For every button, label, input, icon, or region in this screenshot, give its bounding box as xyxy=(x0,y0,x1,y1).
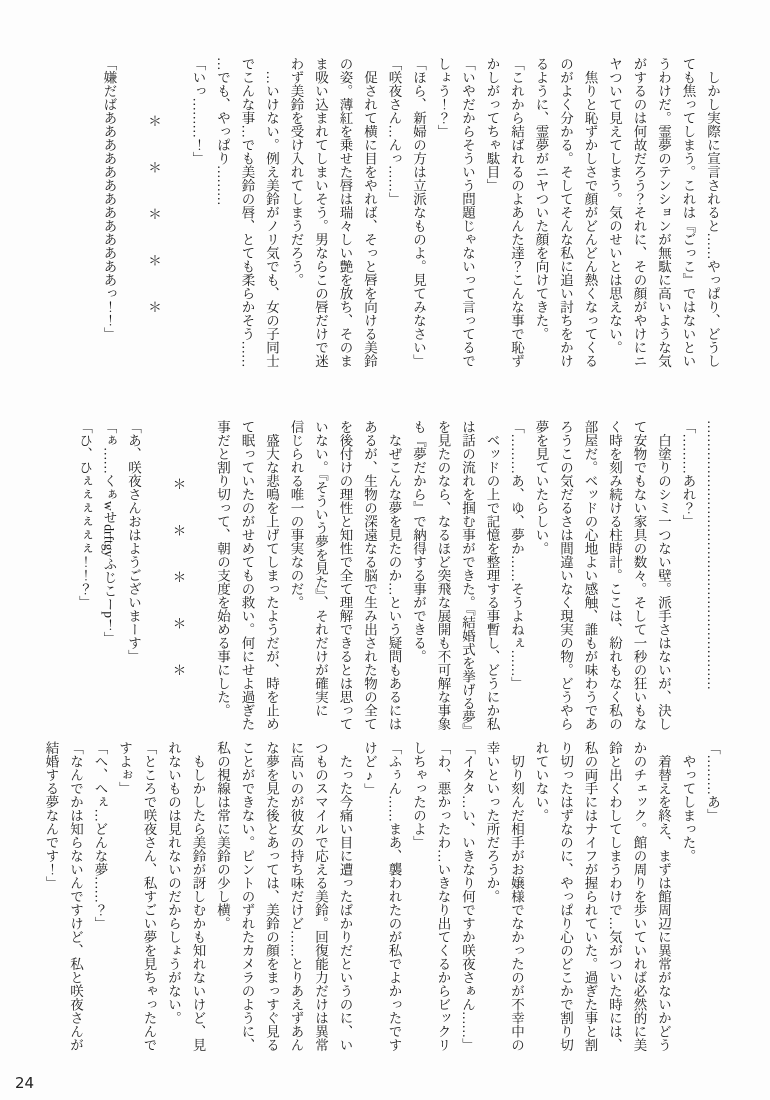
text-column: ま吸い込まれてしまいそう。男ならこの唇だけで迷 xyxy=(308,57,333,373)
text-column: しかし実際に宣言されると……やっぱり、どうし xyxy=(700,57,725,373)
star-separator: ＊ ＊ ＊ ＊ ＊ xyxy=(141,57,166,373)
text-column: 「ところで咲夜さん、私すごい夢を見ちゃったんで xyxy=(136,741,161,1083)
text-column: 鈴と出くわしてしまうわけで…気がついた時には、 xyxy=(602,741,627,1083)
text-column: も『夢だから』で納得する事ができる。 xyxy=(406,420,431,736)
text-column: 白塗りのシミ一つない壁。派手さはないが、決し xyxy=(651,420,676,736)
text-column: 信じられる唯一の事実なのだ。 xyxy=(283,420,308,736)
text-column: 「ふぅん……まあ、襲われたのが私でよかったです xyxy=(381,741,406,1083)
text-column: なぜこんな夢を見たのか…という疑問もあるには xyxy=(381,420,406,736)
novel-page: しかし実際に宣言されると……やっぱり、どうしても焦ってしまう。これは『ごっこ』で… xyxy=(0,0,770,1100)
text-column: ベッドの上で記憶を整理する事暫し、どうにか私 xyxy=(479,420,504,736)
text-column: 「なんでかは知らないんですけど、私と咲夜さんが xyxy=(63,741,88,1083)
text-column: 幸いといった所だろうか。 xyxy=(479,741,504,1083)
text-column: 「あ、咲夜さんおはようございまーす」 xyxy=(121,420,146,736)
text-block-middle: ……………………………………………………「………あれ？」 白塗りのシミ一つない壁… xyxy=(72,420,725,736)
text-column: …いけない。例え美鈴がノリ気でも、女の子同士 xyxy=(259,57,284,373)
text-column: うわけだ。霊夢のテンションが無駄に高いような気 xyxy=(651,57,676,373)
text-column: 夢を見ていたらしい。 xyxy=(528,420,553,736)
text-column: でこんな事…でも美鈴の唇、とても柔らかそう…… xyxy=(234,57,259,373)
text-column: けど♪」 xyxy=(357,741,382,1083)
text-column: 「これから結ばれるのよあんた達？こんな事で恥ず xyxy=(504,57,529,373)
text-column: は話の流れを掴む事ができた。『結婚式を挙げる夢』 xyxy=(455,420,480,736)
text-column: 「ぁ……くぁwせdrftgyふじこーp！」 xyxy=(96,420,121,736)
text-column: 部屋だ。ベッドの心地よい感触、誰もが味わうであ xyxy=(577,420,602,736)
text-column: わず美鈴を受け入れてしまうだろう。 xyxy=(283,57,308,373)
text-column: く時を刻み続ける柱時計。ここは、紛れもなく私の xyxy=(602,420,627,736)
text-column: て眠っていたのがせめてもの救い。何にせよ過ぎた xyxy=(234,420,259,736)
text-column: 「わ、悪かったわ…いきなり出てくるからビックリ xyxy=(430,741,455,1083)
text-column: いない。『そういう夢を見た』、それだけが確実に xyxy=(308,420,333,736)
text-column: 着替えを終え、まずは館周辺に異常がないかどう xyxy=(651,741,676,1083)
text-column: あるが、生物の深遠なる脳で生み出された物の全て xyxy=(357,420,382,736)
text-column: 結婚する夢なんです！」 xyxy=(38,741,63,1083)
text-column: のがよく分かる。そしてそんな私に追い討ちをかけ xyxy=(553,57,578,373)
text-column: を後付けの理性と知性で全て理解できるとは思って xyxy=(332,420,357,736)
text-column: の姿。薄紅を乗せた唇は瑞々しい艶を放ち、そのま xyxy=(332,57,357,373)
text-column: を見たのなら、なるほど突飛な展開も不可解な事象 xyxy=(430,420,455,736)
text-column: ても焦ってしまう。これは『ごっこ』ではないとい xyxy=(675,57,700,373)
text-column: 事だと割り切って、朝の支度を始める事にした。 xyxy=(210,420,235,736)
text-column: …………………………………………………… xyxy=(700,420,725,736)
text-column: り切ったはずなのに、やっぱり心のどこかで割り切 xyxy=(553,741,578,1083)
text-column: ヤついて見えてしまう。気のせいとは思えない。 xyxy=(602,57,627,373)
text-column: に高いのが彼女の持ち味だけど……とりあえずあん xyxy=(283,741,308,1083)
text-column: …でも、やっぱり……… xyxy=(210,57,235,373)
text-column: 「イタタ…い、いきなり何ですか咲夜さぁん……」 xyxy=(455,741,480,1083)
text-column: 「………あ」 xyxy=(700,741,725,1083)
text-column: ろうこの気だるさは間違いなく現実の物。どうやら xyxy=(553,420,578,736)
text-column: 私の両手にはナイフが握られていた。過ぎた事と割 xyxy=(577,741,602,1083)
text-column: な夢を見た後とあっては、美鈴の顔をまっすぐ見る xyxy=(259,741,284,1083)
text-column: 「いっ………！」 xyxy=(185,57,210,373)
text-column: るように、霊夢がニヤついた顔を向けてきた。 xyxy=(528,57,553,373)
text-column: 「へ、へぇ…どんな夢……？」 xyxy=(87,741,112,1083)
text-column: 「ほら、新婦の方は立派なものよ。見てみなさい」 xyxy=(406,57,431,373)
text-column: 「ひ、ひぇぇぇぇぇぇ！！？」 xyxy=(72,420,97,736)
text-column: れないものは見れないのだからしょうがない。 xyxy=(161,741,186,1083)
text-column: しょう！？」 xyxy=(430,57,455,373)
text-column: 「………あれ？」 xyxy=(675,420,700,736)
star-separator: ＊ ＊ ＊ ＊ ＊ xyxy=(165,420,190,736)
text-block-top: しかし実際に宣言されると……やっぱり、どうしても焦ってしまう。これは『ごっこ』で… xyxy=(96,57,724,373)
text-column: つものスマイルで応える美鈴。回復能力だけは異常 xyxy=(308,741,333,1083)
text-column: 盛大な悲鳴を上げてしまったようだが、時を止め xyxy=(259,420,284,736)
text-column: すよぉ」 xyxy=(112,741,137,1083)
page-number: 24 xyxy=(15,1074,34,1092)
text-column: もしかしたら美鈴が訝しむかも知れないけど、見 xyxy=(185,741,210,1083)
text-column: やってしまった。 xyxy=(675,741,700,1083)
text-column: かしがってちゃ駄目」 xyxy=(479,57,504,373)
text-column: 「嫌だばあああああああああああああっ！！」 xyxy=(96,57,121,373)
text-column: 切り刻んだ相手がお嬢様でなかったのが不幸中の xyxy=(504,741,529,1083)
text-column: 「いやだからそういう問題じゃないって言ってるで xyxy=(455,57,480,373)
text-column: たった今痛い目に遭ったばかりだというのに、い xyxy=(332,741,357,1083)
text-column: 「………あ、ゆ、夢か……そうよねぇ……」 xyxy=(504,420,529,736)
text-column: 促されて横に目をやれば、そっと唇を向ける美鈴 xyxy=(357,57,382,373)
text-column: かのチェック。館の周りを歩いていれば必然的に美 xyxy=(626,741,651,1083)
text-column: 「咲夜さん…んっ……」 xyxy=(381,57,406,373)
text-column: しちゃったのよ」 xyxy=(406,741,431,1083)
text-column: 私の視線は常に美鈴の少し横。 xyxy=(210,741,235,1083)
text-column: ことができない。ピントのずれたカメラのように、 xyxy=(234,741,259,1083)
text-column: がするのは何故だろう？それに、その顔がやけにニ xyxy=(626,57,651,373)
text-column: て安物でもない家具の数々。そして一秒の狂いもな xyxy=(626,420,651,736)
text-block-bottom: 「………あ」 やってしまった。 着替えを終え、まずは館周辺に異常がないかどうかの… xyxy=(38,741,724,1083)
text-column: れていない。 xyxy=(528,741,553,1083)
text-column: 焦りと恥ずかしさで顔がどんどん熱くなってくる xyxy=(577,57,602,373)
